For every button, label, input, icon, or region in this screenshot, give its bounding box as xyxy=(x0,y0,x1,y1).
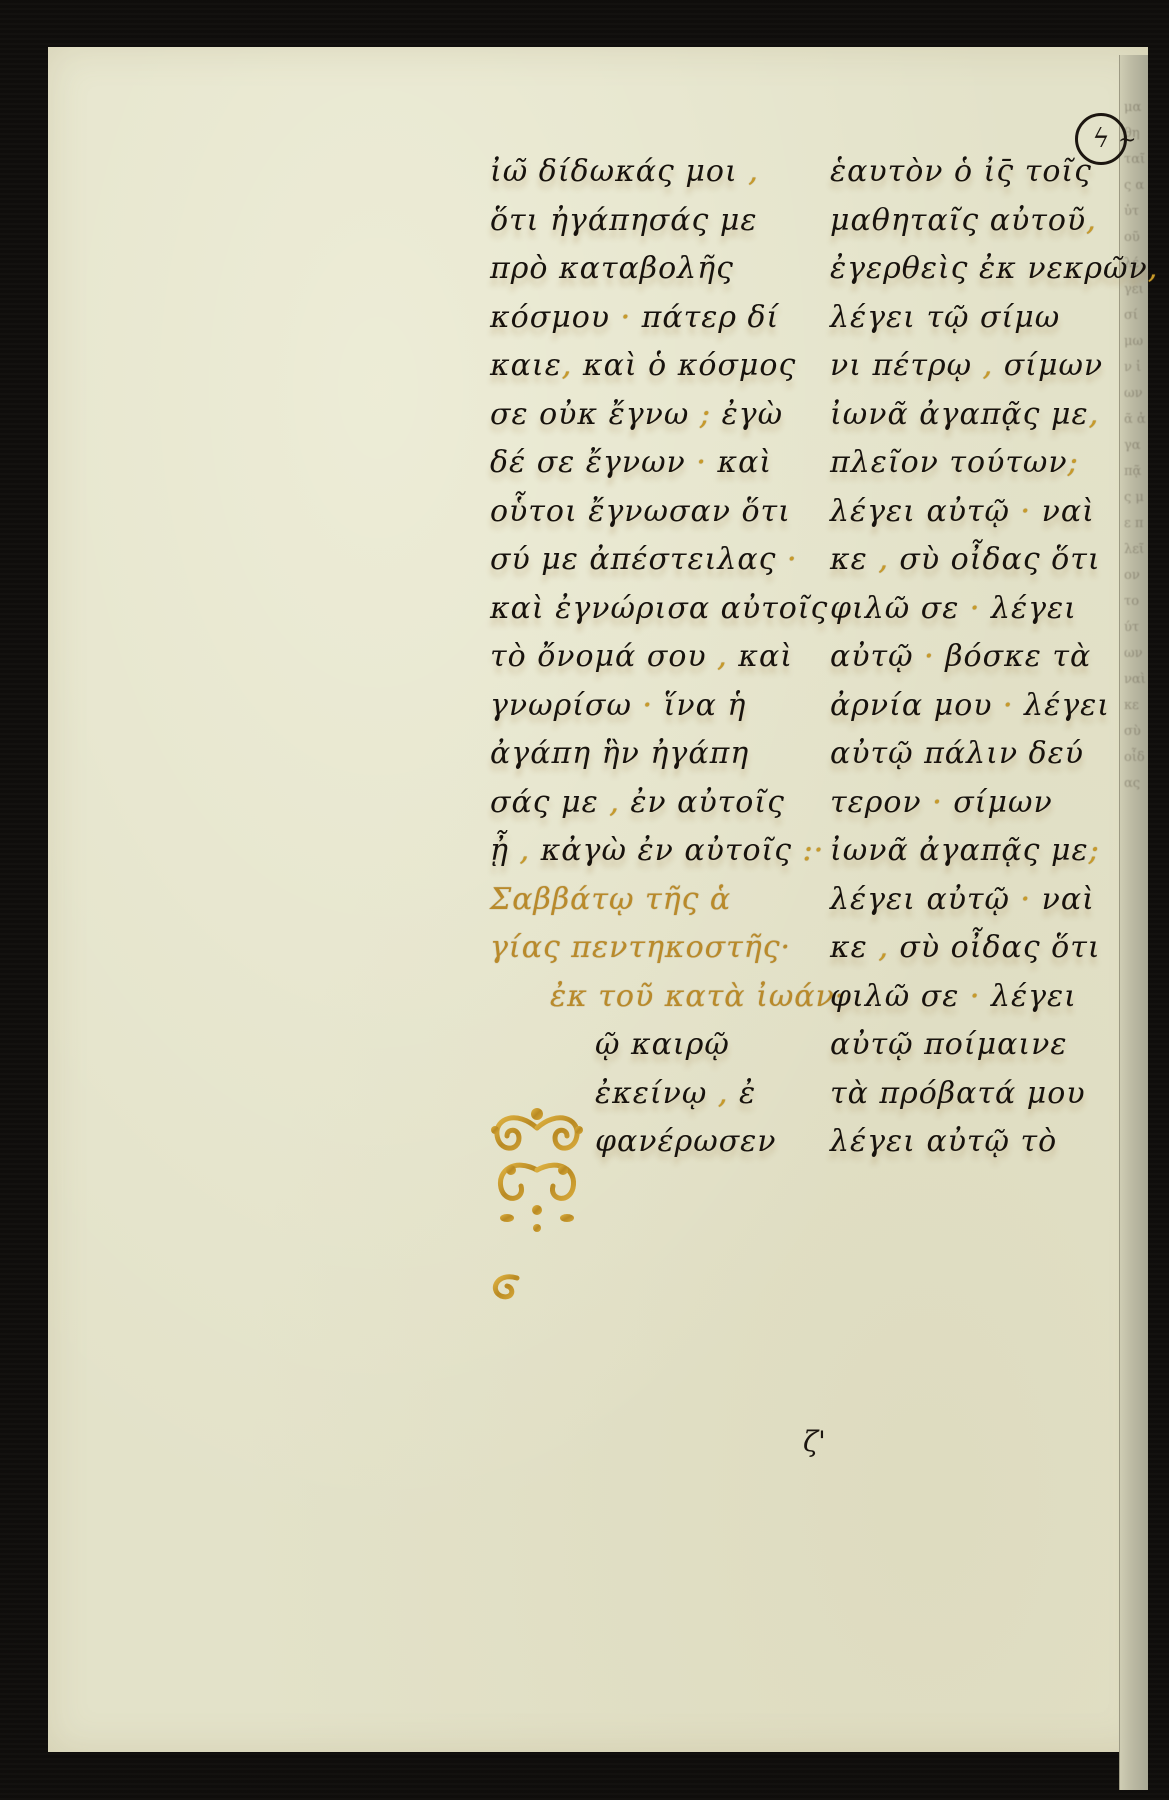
punctuation-mark: · xyxy=(621,300,632,335)
punctuation-mark: ; xyxy=(1089,833,1100,868)
text-line: μαθηταῖς αὐτοῦ, xyxy=(830,197,1140,246)
text-line: πλεῖον τούτων; xyxy=(830,439,1140,488)
text-line: κε , σὺ οἶδας ὅτι xyxy=(830,536,1140,585)
punctuation-mark: · xyxy=(1003,688,1014,723)
text-line: αὐτῷ ποίμαινε xyxy=(830,1021,1140,1070)
text-line: γνωρίσω · ἵνα ἡ xyxy=(490,682,810,731)
punctuation-mark: · xyxy=(1021,882,1032,917)
punctuation-mark: , xyxy=(609,785,620,820)
text-line: ῷ καιρῷ xyxy=(490,1021,810,1070)
text-line: δέ σε ἔγνων · καὶ xyxy=(490,439,810,488)
text-line: λέγει αὐτῷ τὸ xyxy=(830,1118,1140,1167)
text-line: ᾖ , κἀγὼ ἐν αὐτοῖς :· xyxy=(490,827,810,876)
text-line: οὗτοι ἔγνωσαν ὅτι xyxy=(490,488,810,537)
text-line: ἀρνία μου · λέγει xyxy=(830,682,1140,731)
rubric-line: γίας πεντηκοστῆς· xyxy=(490,924,810,973)
punctuation-mark: · xyxy=(1021,494,1032,529)
quire-signature: ζ' xyxy=(803,1425,826,1458)
rubric-line: Σαββάτῳ τῆς ἁ xyxy=(490,876,810,925)
text-line: σε οὐκ ἔγνω ; ἐγὼ xyxy=(490,391,810,440)
text-line: ἰω̃ δίδωκάς μοι , xyxy=(490,148,810,197)
text-line: αὐτῷ · βόσκε τὰ xyxy=(830,633,1140,682)
text-line: πρὸ καταβολῆς xyxy=(490,245,810,294)
punctuation-mark: · xyxy=(932,785,943,820)
text-line: αὐτῷ πάλιν δεύ xyxy=(830,730,1140,779)
punctuation-mark: · xyxy=(643,688,654,723)
text-line: φιλῶ σε · λέγει xyxy=(830,585,1140,634)
text-line: λέγει τῷ σίμω xyxy=(830,294,1140,343)
text-line: τὸ ὄνομά σου , καὶ xyxy=(490,633,810,682)
text-line: ἐγερθεὶς ἐκ νεκρῶν, xyxy=(830,245,1140,294)
text-line: λέγει αὐτῷ · ναὶ xyxy=(830,488,1140,537)
text-line: λέγει αὐτῷ · ναὶ xyxy=(830,876,1140,925)
rubric-line: ἐκ τοῦ κατὰ ἰωάν· xyxy=(490,973,810,1022)
text-line: κε , σὺ οἶδας ὅτι xyxy=(830,924,1140,973)
punctuation-mark: , xyxy=(718,1076,729,1111)
text-line: τὰ πρόβατά μου xyxy=(830,1070,1140,1119)
punctuation-mark: , xyxy=(1089,397,1100,432)
punctuation-mark: , xyxy=(562,348,573,383)
text-line: σύ με ἀπέστειλας · xyxy=(490,536,810,585)
left-column: ἰω̃ δίδωκάς μοι , ὅτι ἠγάπησάς με πρὸ κα… xyxy=(490,148,810,1167)
punctuation-mark: , xyxy=(1148,251,1159,286)
text-line: φιλῶ σε · λέγει xyxy=(830,973,1140,1022)
punctuation-mark: , xyxy=(748,154,759,189)
punctuation-mark: ; xyxy=(1068,445,1079,480)
text-line: νι πέτρῳ , σίμων xyxy=(830,342,1140,391)
text-line: ὅτι ἠγάπησάς με xyxy=(490,197,810,246)
text-line: ἑαυτὸν ὁ ἰς̄ τοῖς xyxy=(830,148,1140,197)
text-line: σάς με , ἐν αὐτοῖς xyxy=(490,779,810,828)
punctuation-mark: , xyxy=(717,639,728,674)
punctuation-mark: , xyxy=(983,348,994,383)
text-line: ἰωνᾶ ἀγαπᾷς με; xyxy=(830,827,1140,876)
text-line: καὶ ἐγνώρισα αὐτοῖς xyxy=(490,585,810,634)
text-line: καιε, καὶ ὁ κόσμος xyxy=(490,342,810,391)
punctuation-mark: , xyxy=(1086,203,1097,238)
punctuation-mark: · xyxy=(787,542,798,577)
text-line: ἀγάπη ἣν ἠγάπη xyxy=(490,730,810,779)
punctuation-mark: · xyxy=(924,639,935,674)
text-line: κόσμου · πάτερ δί xyxy=(490,294,810,343)
punctuation-mark: , xyxy=(878,542,889,577)
text-line: τερον · σίμων xyxy=(830,779,1140,828)
punctuation-mark: · xyxy=(970,591,981,626)
gold-floriated-initial-icon xyxy=(487,1100,587,1300)
end-of-reading-mark: :· xyxy=(803,833,825,868)
punctuation-mark: , xyxy=(878,930,889,965)
punctuation-mark: · xyxy=(970,979,981,1014)
text-line: ἰωνᾶ ἀγαπᾷς με, xyxy=(830,391,1140,440)
punctuation-mark: , xyxy=(520,833,531,868)
punctuation-mark: ; xyxy=(700,397,711,432)
punctuation-mark: · xyxy=(696,445,707,480)
right-column: ἑαυτὸν ὁ ἰς̄ τοῖς μαθηταῖς αὐτοῦ, ἐγερθε… xyxy=(830,148,1140,1167)
